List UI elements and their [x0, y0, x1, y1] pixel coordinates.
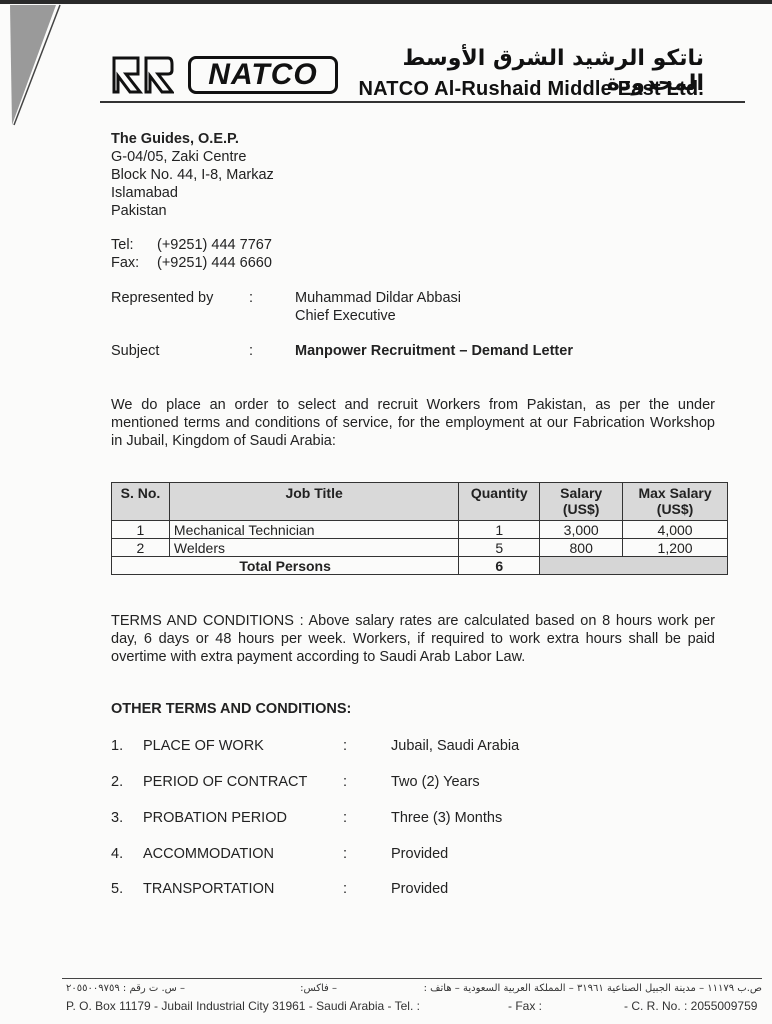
recipient-address-block: The Guides, O.E.P. G-04/05, Zaki Centre … — [111, 130, 274, 220]
term-number: 4. — [111, 845, 143, 863]
recipient-name: The Guides, O.E.P. — [111, 130, 274, 148]
table-row: 1 Mechanical Technician 1 3,000 4,000 — [112, 521, 728, 539]
colon: : — [343, 773, 391, 791]
footer-fax: - Fax : — [508, 999, 542, 1013]
header-salary: Salary (US$) — [540, 483, 623, 521]
terms-paragraph: TERMS AND CONDITIONS : Above salary rate… — [111, 612, 715, 666]
term-value: Provided — [391, 845, 448, 863]
intro-paragraph: We do place an order to select and recru… — [111, 396, 715, 450]
cell-job-title: Mechanical Technician — [169, 521, 458, 539]
subject-row: Subject : Manpower Recruitment – Demand … — [111, 342, 573, 360]
term-value: Jubail, Saudi Arabia — [391, 737, 519, 755]
term-label: PERIOD OF CONTRACT — [143, 773, 343, 791]
colon: : — [249, 342, 295, 360]
colon: : — [343, 737, 391, 755]
footer-arabic-cr: – س. ت رقم : ٢٠٥٥٠٠٩٧٥٩ — [66, 983, 185, 994]
term-number: 3. — [111, 809, 143, 827]
header-max-salary: Max Salary (US$) — [623, 483, 728, 521]
recipient-contact: Tel: (+9251) 444 7767 Fax: (+9251) 444 6… — [111, 236, 272, 272]
cell-quantity: 5 — [459, 539, 540, 557]
total-label: Total Persons — [112, 557, 459, 575]
company-name-english: NATCO Al-Rushaid Middle East Ltd. — [346, 78, 704, 101]
footer-cr-number: - C. R. No. : 2055009759 — [624, 999, 757, 1013]
represented-by-row: Represented by : Muhammad Dildar Abbasi … — [111, 289, 461, 325]
term-number: 5. — [111, 880, 143, 898]
total-value: 6 — [459, 557, 540, 575]
footer-divider — [62, 978, 762, 979]
term-value: Provided — [391, 880, 448, 898]
cell-job-title: Welders — [169, 539, 458, 557]
demand-table: S. No. Job Title Quantity Salary (US$) M… — [111, 482, 728, 575]
natco-logo-mark-icon — [112, 52, 174, 98]
header-quantity: Quantity — [459, 483, 540, 521]
subject-label: Subject — [111, 342, 249, 360]
table-row: 2 Welders 5 800 1,200 — [112, 539, 728, 557]
term-value: Three (3) Months — [391, 809, 502, 827]
header-sno: S. No. — [112, 483, 170, 521]
representative-name: Muhammad Dildar Abbasi — [295, 289, 461, 307]
address-line: Islamabad — [111, 184, 274, 202]
header-divider — [100, 101, 745, 103]
cell-quantity: 1 — [459, 521, 540, 539]
address-line: Block No. 44, I-8, Markaz — [111, 166, 274, 184]
term-label: ACCOMMODATION — [143, 845, 343, 863]
term-number: 1. — [111, 737, 143, 755]
other-terms-heading: OTHER TERMS AND CONDITIONS: — [111, 701, 351, 717]
term-item: 3. PROBATION PERIOD : Three (3) Months — [111, 809, 502, 827]
term-label: TRANSPORTATION — [143, 880, 343, 898]
colon: : — [249, 289, 295, 325]
represented-label: Represented by — [111, 289, 249, 325]
term-value: Two (2) Years — [391, 773, 480, 791]
term-item: 1. PLACE OF WORK : Jubail, Saudi Arabia — [111, 737, 519, 755]
footer-arabic-fax: – فاكس: — [300, 983, 337, 994]
colon: : — [343, 845, 391, 863]
subject-value: Manpower Recruitment – Demand Letter — [295, 342, 573, 360]
cell-salary: 800 — [540, 539, 623, 557]
header-job-title: Job Title — [169, 483, 458, 521]
tel-value: (+9251) 444 7767 — [157, 236, 272, 254]
footer-arabic-address: ص.ب ١١١٧٩ – مدينة الجبيل الصناعية ٣١٩٦١ … — [424, 983, 762, 994]
cell-max-salary: 1,200 — [623, 539, 728, 557]
scan-edge — [0, 0, 772, 4]
total-shaded-cell — [540, 557, 728, 575]
term-item: 2. PERIOD OF CONTRACT : Two (2) Years — [111, 773, 480, 791]
term-number: 2. — [111, 773, 143, 791]
fax-value: (+9251) 444 6660 — [157, 254, 272, 272]
table-total-row: Total Persons 6 — [112, 557, 728, 575]
colon: : — [343, 809, 391, 827]
term-label: PLACE OF WORK — [143, 737, 343, 755]
fax-label: Fax: — [111, 254, 157, 272]
table-header-row: S. No. Job Title Quantity Salary (US$) M… — [112, 483, 728, 521]
address-line: Pakistan — [111, 202, 274, 220]
term-item: 5. TRANSPORTATION : Provided — [111, 880, 448, 898]
cell-sno: 2 — [112, 539, 170, 557]
natco-logo: NATCO — [188, 56, 338, 94]
footer-address: P. O. Box 11179 - Jubail Industrial City… — [66, 999, 420, 1013]
cell-max-salary: 4,000 — [623, 521, 728, 539]
term-label: PROBATION PERIOD — [143, 809, 343, 827]
term-item: 4. ACCOMMODATION : Provided — [111, 845, 448, 863]
tel-label: Tel: — [111, 236, 157, 254]
cell-sno: 1 — [112, 521, 170, 539]
address-line: G-04/05, Zaki Centre — [111, 148, 274, 166]
folded-corner-shadow — [0, 0, 70, 130]
cell-salary: 3,000 — [540, 521, 623, 539]
colon: : — [343, 880, 391, 898]
representative-title: Chief Executive — [295, 307, 461, 325]
